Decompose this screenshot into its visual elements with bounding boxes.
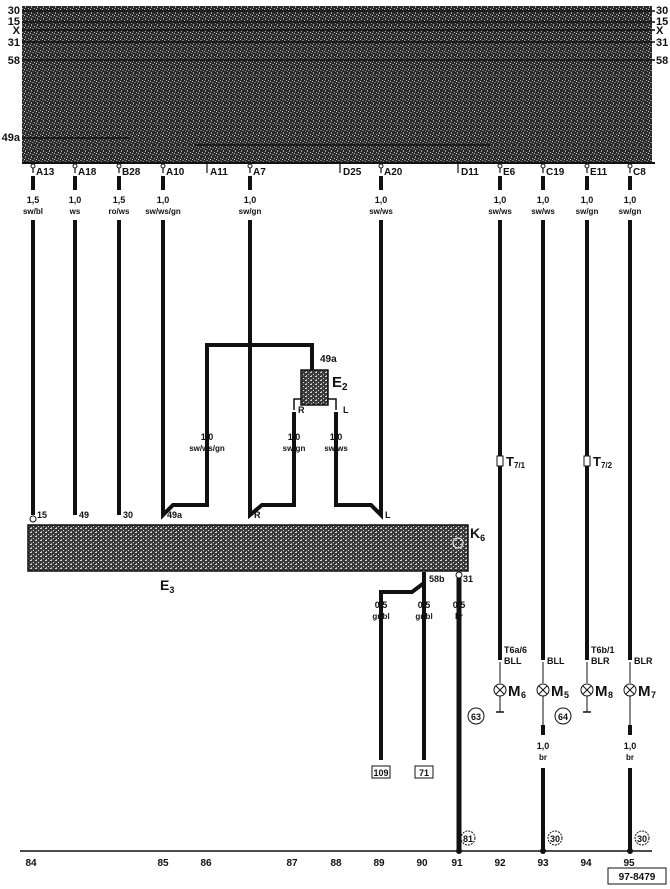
reference-number-box: 97-8479 [608,868,666,884]
connector-a18: A181,0ws [69,163,97,216]
connector-c19: C191,0sw/ws [531,163,565,216]
svg-text:sw/ws/gn: sw/ws/gn [145,207,181,216]
svg-text:1,0: 1,0 [330,432,343,442]
svg-text:A13: A13 [36,167,55,178]
svg-text:A10: A10 [166,167,185,178]
e3-terminal: 30 [123,510,133,520]
track-number: 95 [623,858,635,869]
bus-label: 31 [656,37,668,49]
e3-terminal: R [254,510,261,520]
svg-text:E6: E6 [503,167,516,178]
svg-text:109: 109 [373,768,388,778]
svg-text:BLL: BLL [504,656,522,666]
svg-text:gr/bl: gr/bl [415,612,432,621]
svg-text:sw/gn: sw/gn [619,207,642,216]
connector-a20: A201,0sw/ws [369,163,403,216]
e3-terminal: L [385,510,391,520]
svg-text:T7/2: T7/2 [593,454,613,470]
svg-text:C8: C8 [633,167,646,178]
svg-text:30: 30 [637,834,647,844]
svg-text:ws: ws [69,207,81,216]
svg-text:6: 6 [521,690,526,700]
e3-terminal: 15 [37,510,47,520]
wiring-diagram: 3015X315849a 3015X3158 A131,5sw/blA181,0… [0,0,670,889]
svg-text:D25: D25 [343,167,362,178]
svg-text:sw/ws: sw/ws [488,207,512,216]
svg-text:A11: A11 [210,167,228,178]
svg-text:8: 8 [608,690,613,700]
svg-text:C19: C19 [546,167,565,178]
bus-label: 31 [8,37,20,49]
svg-text:br: br [539,753,547,762]
svg-text:1,0: 1,0 [494,195,507,205]
svg-text:sw/ws: sw/ws [531,207,555,216]
connector-b28: B281,5ro/ws [109,163,141,216]
svg-text:5: 5 [564,690,569,700]
svg-text:sw/gn: sw/gn [576,207,599,216]
fuse-relay-panel: 3015X315849a 3015X3158 [2,5,669,163]
svg-text:97-8479: 97-8479 [619,872,656,883]
svg-text:63: 63 [471,712,481,722]
svg-text:1,5: 1,5 [27,195,40,205]
e2-terminal-l: L [343,405,349,415]
connector-a10: A101,0sw/ws/gn [145,163,185,216]
svg-text:1,0: 1,0 [201,432,214,442]
svg-text:1,0: 1,0 [244,195,257,205]
track-number: 84 [25,858,37,869]
svg-text:T6a/6: T6a/6 [504,645,527,655]
bus-label: 49a [2,132,21,144]
svg-text:30: 30 [550,834,560,844]
component-e2: E2 49a R L [298,354,349,415]
e2-terminal-r: R [298,405,305,415]
svg-text:64: 64 [558,712,568,722]
svg-text:7: 7 [651,690,656,700]
track-number: 87 [286,858,298,869]
track-number: 86 [200,858,212,869]
svg-text:M: M [638,683,651,700]
svg-text:1,0: 1,0 [537,195,550,205]
track-number: 94 [580,858,592,869]
connector-c8: C81,0sw/gn [619,163,647,216]
svg-text:A7: A7 [253,167,266,178]
svg-text:0,5: 0,5 [453,600,466,610]
svg-text:1,0: 1,0 [157,195,170,205]
component-e3: E3 K6 [28,525,485,595]
svg-text:T6b/1: T6b/1 [591,645,615,655]
svg-text:1,0: 1,0 [537,741,550,751]
svg-text:M: M [551,683,564,700]
svg-text:sw/ws/gn: sw/ws/gn [189,444,225,453]
svg-text:81: 81 [463,834,473,844]
e2-label: E2 [332,374,348,393]
track-number: 85 [157,858,169,869]
svg-text:E11: E11 [590,167,608,178]
connector-e11: E111,0sw/gn [576,163,608,216]
bus-label: 58 [8,55,20,67]
svg-text:BLL: BLL [547,656,565,666]
svg-text:1,0: 1,0 [375,195,388,205]
svg-text:1,0: 1,0 [288,432,301,442]
connector-a11: A11 [207,163,228,178]
svg-text:M: M [595,683,608,700]
e3-terminal: 49 [79,510,89,520]
svg-text:58b: 58b [429,574,445,584]
svg-text:BLR: BLR [591,656,610,666]
svg-text:BLR: BLR [634,656,653,666]
svg-text:B28: B28 [122,167,141,178]
svg-text:D11: D11 [461,167,479,178]
connector-d25: D25 [340,163,362,178]
svg-text:A18: A18 [78,167,97,178]
svg-text:1,5: 1,5 [113,195,126,205]
svg-text:A20: A20 [384,167,403,178]
svg-text:M: M [508,683,521,700]
svg-text:0,5: 0,5 [375,600,388,610]
bus-label: X [656,25,664,37]
svg-text:br: br [455,612,463,621]
svg-text:0,5: 0,5 [418,600,431,610]
e2-terminal-49a: 49a [320,354,337,365]
track-number: 92 [494,858,506,869]
svg-text:T7/1: T7/1 [506,454,526,470]
k6-label: K6 [470,525,485,543]
svg-text:1,0: 1,0 [581,195,594,205]
svg-text:br: br [626,753,634,762]
e3-label: E3 [160,577,174,595]
svg-text:sw/gn: sw/gn [283,444,306,453]
connector-d11: D11 [458,163,479,178]
e3-terminal: 49a [167,510,183,520]
svg-text:sw/gn: sw/gn [239,207,262,216]
svg-text:ro/ws: ro/ws [109,207,130,216]
lamp-m6: T6a/6BLLM663 [468,645,527,724]
svg-text:1,0: 1,0 [624,741,637,751]
track-number: 90 [416,858,428,869]
track-number: 91 [451,858,463,869]
svg-text:1,0: 1,0 [69,195,82,205]
bus-label: X [13,25,21,37]
connector-a13: A131,5sw/bl [23,163,55,216]
svg-text:31: 31 [463,574,473,584]
svg-text:1,0: 1,0 [624,195,637,205]
bus-label: 58 [656,55,668,67]
lamp-m5: BLLM5 [537,656,569,712]
svg-text:gr/bl: gr/bl [372,612,389,621]
track-number: 93 [537,858,549,869]
svg-text:sw/bl: sw/bl [23,207,43,216]
connector-a7: A71,0sw/gn [239,163,267,216]
svg-text:sw/ws: sw/ws [324,444,348,453]
svg-text:sw/ws: sw/ws [369,207,393,216]
lamp-m7: BLRM7 [624,656,656,712]
svg-text:71: 71 [419,768,429,778]
track-number: 88 [330,858,342,869]
wire-labels: 1,0sw/ws/gn1,0sw/gn1,0sw/ws0,5gr/bl0,5gr… [189,432,649,854]
track-number: 89 [373,858,385,869]
